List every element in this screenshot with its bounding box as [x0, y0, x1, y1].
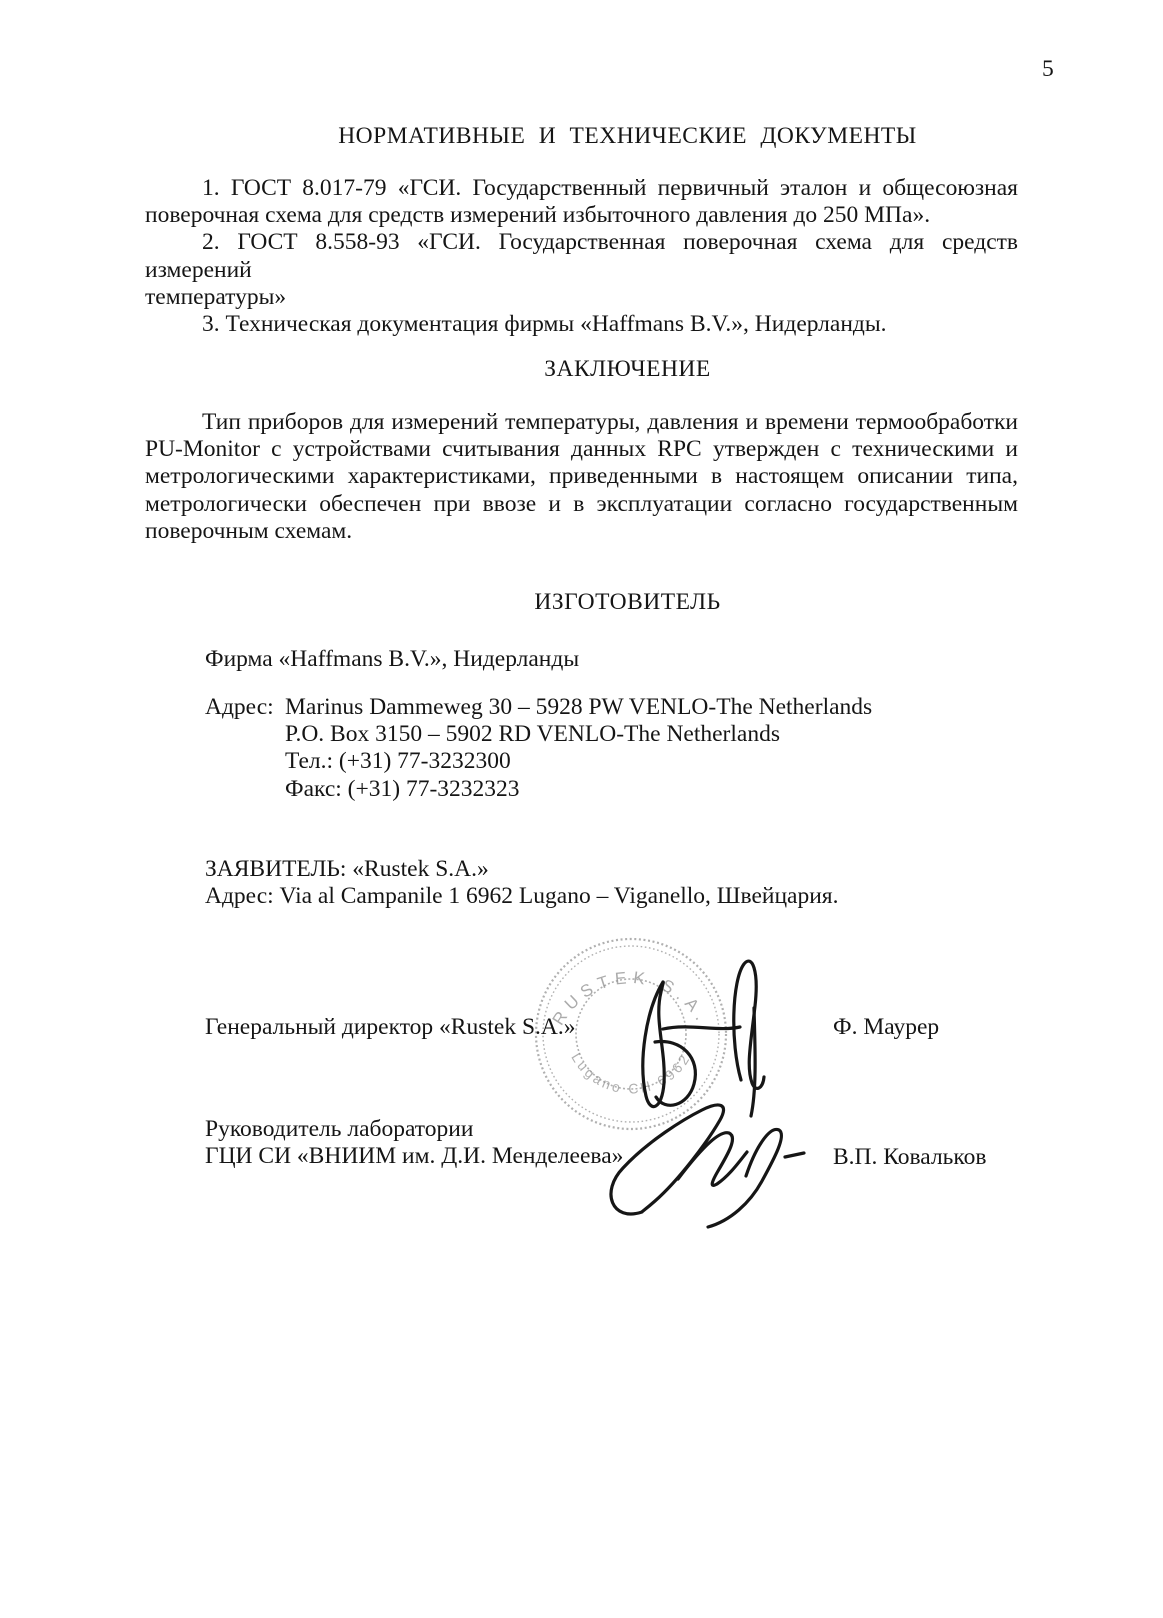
section-title-normative: НОРМАТИВНЫЕ И ТЕХНИЧЕСКИЕ ДОКУМЕНТЫ [145, 123, 1018, 150]
document-page: 5 НОРМАТИВНЫЕ И ТЕХНИЧЕСКИЕ ДОКУМЕНТЫ 1.… [0, 0, 1163, 1618]
signature-role: Руководитель лаборатории [205, 1116, 1018, 1143]
manufacturer-firm: Фирма «Haffmans B.V.», Нидерланды [205, 646, 1018, 673]
section-title-manufacturer: ИЗГОТОВИТЕЛЬ [145, 589, 1018, 616]
paragraph-line: поверочным схемам. [145, 518, 1018, 545]
address-line: P.O. Box 3150 – 5902 RD VENLO-The Nether… [205, 721, 1018, 748]
paragraph-line: метрологическими характеристиками, приве… [145, 463, 1018, 490]
list-item-line: 2. ГОСТ 8.558-93 «ГСИ. Государственная п… [145, 229, 1018, 283]
address-line: Адрес:Marinus Dammeweg 30 – 5928 PW VENL… [205, 694, 1018, 721]
paragraph-line: Тип приборов для измерений температуры, … [145, 409, 1018, 436]
address-street: Marinus Dammeweg 30 – 5928 PW VENLO-The … [285, 694, 872, 720]
list-item-line: 3. Техническая документация фирмы «Haffm… [145, 311, 1018, 338]
applicant-name-line: ЗАЯВИТЕЛЬ: «Rustek S.A.» [205, 856, 1018, 883]
applicant-address-line: Адрес: Via al Campanile 1 6962 Lugano – … [205, 883, 1018, 910]
applicant-block: ЗАЯВИТЕЛЬ: «Rustek S.A.» Адрес: Via al C… [205, 856, 1018, 910]
manufacturer-address: Адрес:Marinus Dammeweg 30 – 5928 PW VENL… [205, 694, 1018, 803]
page-number: 5 [1042, 56, 1054, 83]
list-item-line: температуры» [145, 284, 1018, 311]
paragraph-line: метрологически обеспечен при ввозе и в э… [145, 491, 1018, 518]
normative-list: 1. ГОСТ 8.017-79 «ГСИ. Государственный п… [145, 175, 1018, 338]
stamp-arc-bottom-text: Lugano CH 6962 [568, 1050, 693, 1097]
conclusion-paragraph: Тип приборов для измерений температуры, … [145, 409, 1018, 545]
list-item-line: поверочная схема для средств измерений и… [145, 202, 1018, 229]
svg-text:Lugano CH 6962: Lugano CH 6962 [568, 1050, 693, 1097]
signatory-name: Ф. Маурер [833, 1014, 939, 1041]
signature-role: Генеральный директор «Rustek S.A.» [205, 1014, 575, 1040]
section-title-conclusion: ЗАКЛЮЧЕНИЕ [145, 356, 1018, 383]
address-label: Адрес: [205, 694, 285, 721]
address-line: Факс: (+31) 77-3232323 [205, 776, 1018, 803]
signatory-name: В.П. Ковальков [833, 1144, 986, 1171]
paragraph-line: PU-Monitor с устройствами считывания дан… [145, 436, 1018, 463]
list-item-line: 1. ГОСТ 8.017-79 «ГСИ. Государственный п… [145, 175, 1018, 202]
address-line: Тел.: (+31) 77-3232300 [205, 748, 1018, 775]
